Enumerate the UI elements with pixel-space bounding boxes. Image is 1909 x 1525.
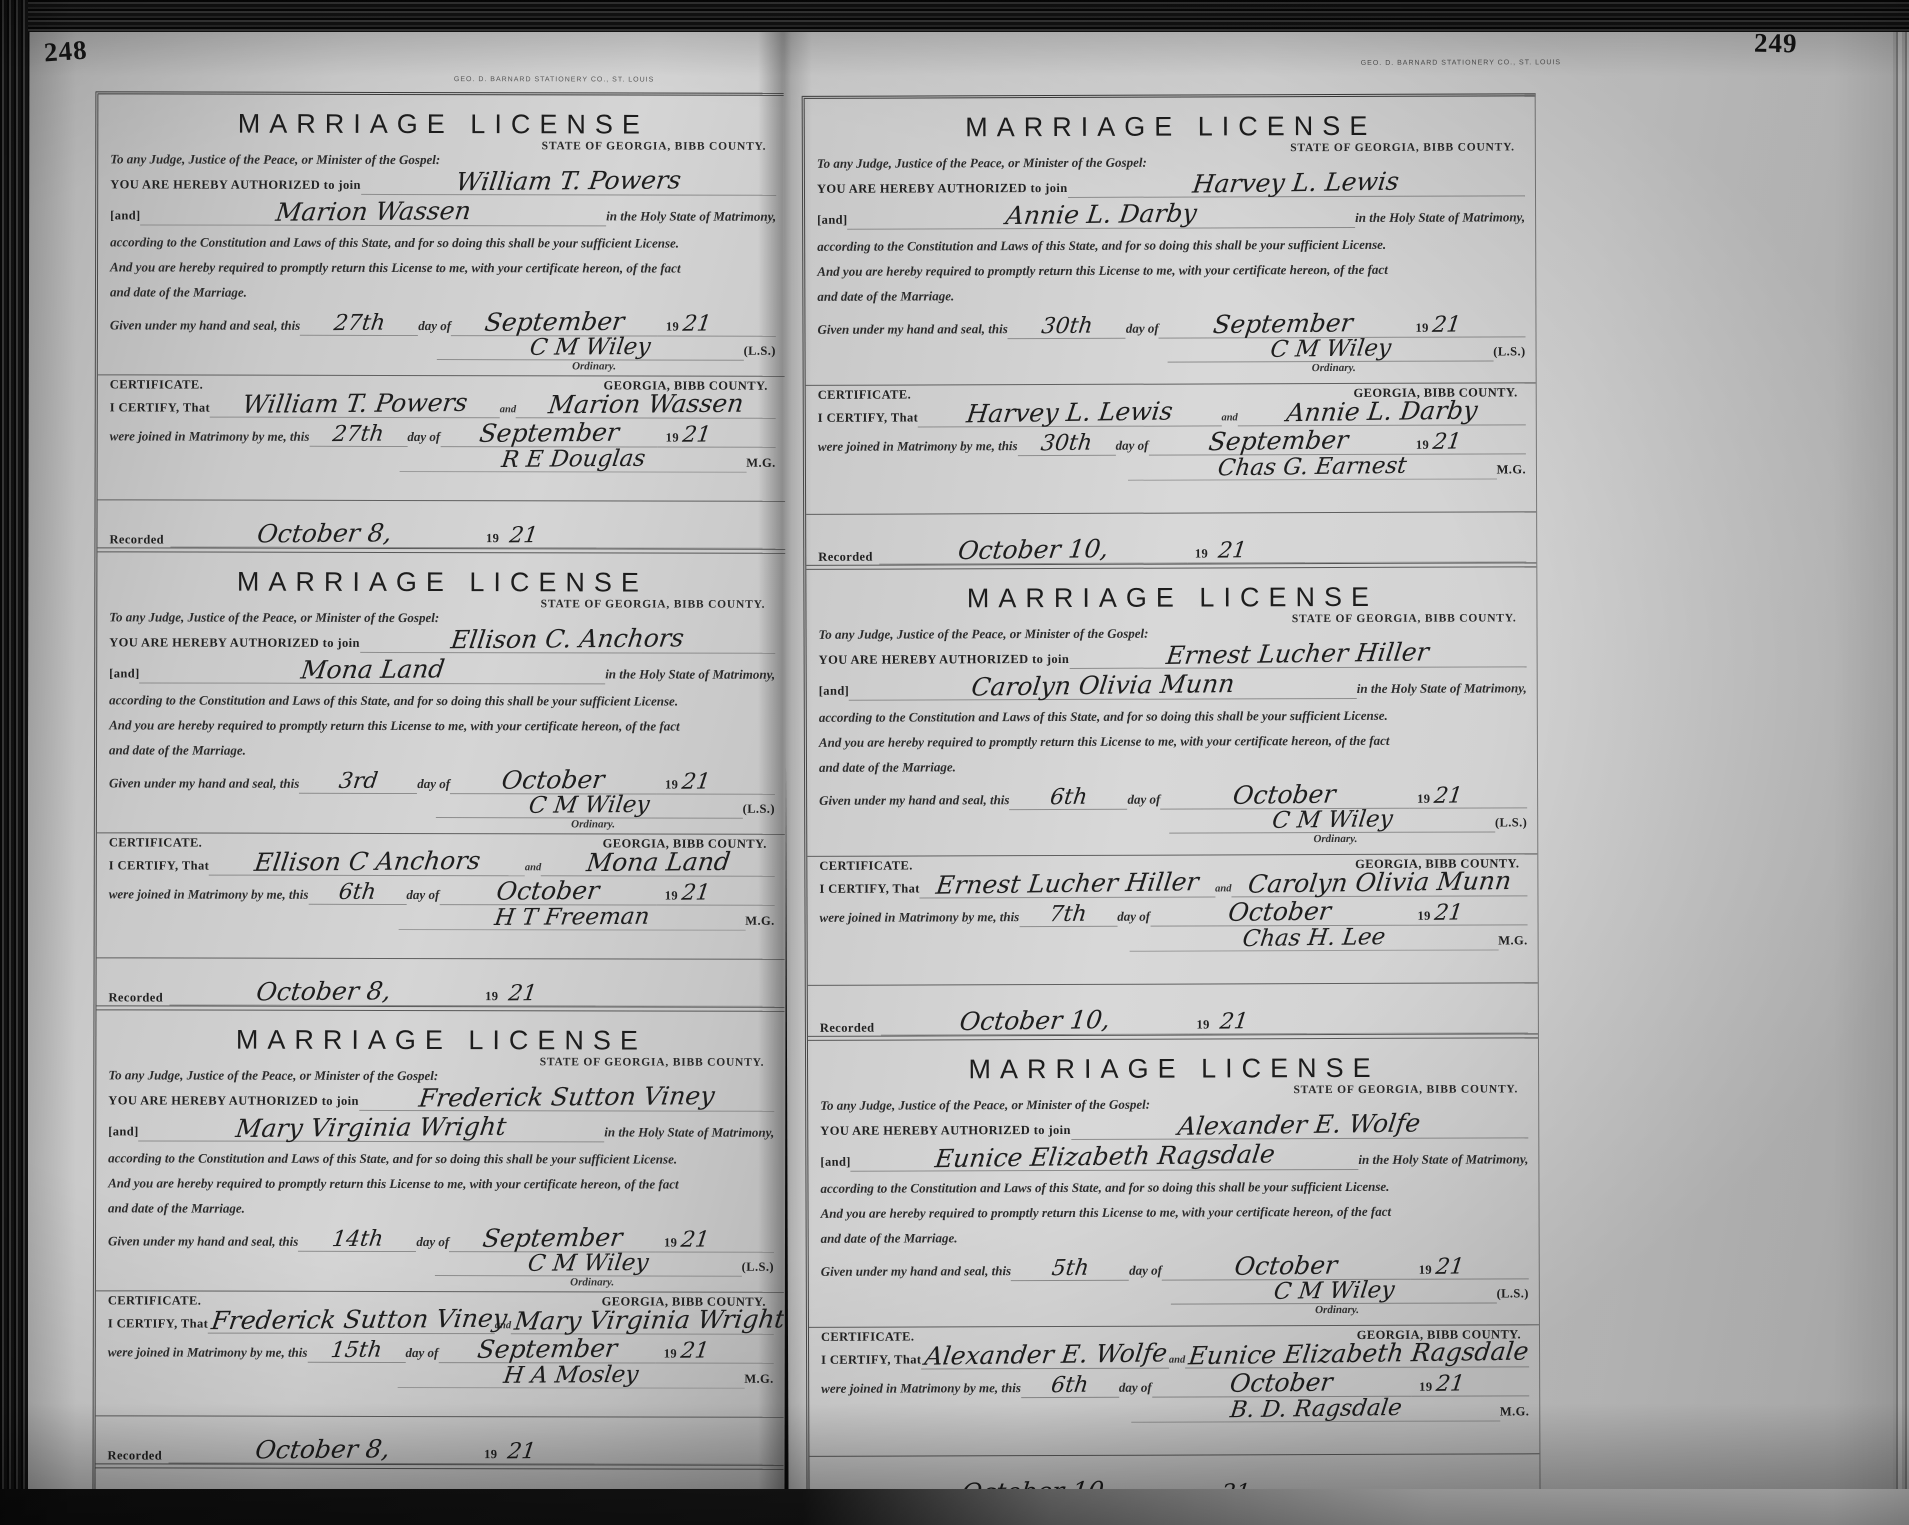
recorded-date-field: October 10, <box>880 1010 1188 1036</box>
page-number-right: 249 <box>1753 28 1797 60</box>
certificate-label: CERTIFICATE. <box>110 377 203 392</box>
minister-signature-field: Chas G. Earnest <box>1128 457 1496 480</box>
ls-label: (L.S.) <box>742 1259 774 1274</box>
given-under-row: Given under my hand and seal, this 6th d… <box>819 783 1527 810</box>
joined-row: were joined in Matrimony by me, this 15t… <box>108 1337 774 1363</box>
authorized-label: YOU ARE HEREBY AUTHORIZED to join <box>820 1123 1071 1139</box>
certificate-section: CERTIFICATE. GEORGIA, BIBB COUNTY. I CER… <box>809 1325 1539 1456</box>
license-year-handwriting: 21 <box>682 315 713 334</box>
recorded-year-field: 19 21 <box>476 1443 594 1464</box>
ls-label: (L.S.) <box>743 801 775 816</box>
constitution-line: according to the Constitution and Laws o… <box>109 692 775 709</box>
cert-bride-handwriting: Marion Wassen <box>547 393 745 416</box>
cert-bride-handwriting: Mona Land <box>585 851 731 873</box>
married-month-field: September <box>438 1338 655 1363</box>
ls-label: (L.S.) <box>1497 1286 1529 1301</box>
and-label: and <box>500 404 516 415</box>
form-sheet-left: MARRIAGE LICENSE STATE OF GEORGIA, BIBB … <box>92 91 786 1491</box>
recorded-date-field: October 8, <box>169 981 477 1007</box>
minister-signature-field: H T Freeman <box>399 908 745 931</box>
year-prefix: 19 <box>486 531 499 545</box>
joined-label: were joined in Matrimony by me, this <box>109 886 309 902</box>
groom-name-field: Ernest Lucher Hiller <box>1069 642 1526 669</box>
groom-name-handwriting: Ellison C. Anchors <box>450 627 686 650</box>
married-year-handwriting: 21 <box>1432 433 1462 452</box>
bride-name-handwriting: Mona Land <box>299 658 445 680</box>
ordinary-signature-row: C M Wiley (L.S.) <box>109 795 775 818</box>
minister-signature-handwriting: H T Freeman <box>493 908 650 929</box>
ordinary-signature-field: C M Wiley <box>437 338 743 361</box>
recorded-year-field: 19 21 <box>478 527 596 548</box>
bride-row: [and] Marion Wassen in the Holy State of… <box>110 200 776 226</box>
certify-row: I CERTIFY, That Harvey L. Lewis and Anni… <box>818 400 1526 427</box>
recorded-date-handwriting: October 10, <box>956 538 1109 561</box>
ordinary-signature-field: C M Wiley <box>436 796 742 819</box>
license-month-field: September <box>451 311 658 336</box>
married-year-handwriting: 21 <box>682 426 713 445</box>
bride-row: [and] Carolyn Olivia Munn in the Holy St… <box>819 673 1527 700</box>
license-day-field: 27th <box>300 314 418 335</box>
return-line: And you are hereby required to promptly … <box>109 717 775 734</box>
marriage-record-block: MARRIAGE LICENSE STATE OF GEORGIA, BIBB … <box>808 1038 1540 1512</box>
joined-row: were joined in Matrimony by me, this 6th… <box>821 1371 1529 1398</box>
and-bracket-label: [and] <box>108 1124 139 1139</box>
minister-signature-handwriting: H A Mosley <box>503 1366 640 1387</box>
minister-signature-handwriting: R E Douglas <box>500 450 646 471</box>
return-line: And you are hereby required to promptly … <box>819 732 1527 750</box>
certificate-section: CERTIFICATE. GEORGIA, BIBB COUNTY. I CER… <box>806 383 1536 514</box>
married-year-handwriting: 21 <box>680 1342 711 1361</box>
certificate-label: CERTIFICATE. <box>108 1293 201 1308</box>
married-day-field: 6th <box>308 884 406 905</box>
book-left-edge <box>0 0 28 1525</box>
ordinary-label: Ordinary. <box>109 817 775 830</box>
authorized-row: YOU ARE HEREBY AUTHORIZED to join Harvey… <box>817 171 1525 198</box>
i-certify-label: I CERTIFY, That <box>109 858 209 873</box>
ordinary-label: Ordinary. <box>821 1303 1529 1317</box>
authorized-row: YOU ARE HEREBY AUTHORIZED to join Alexan… <box>820 1113 1528 1140</box>
i-certify-label: I CERTIFY, That <box>818 410 918 425</box>
married-month-field: September <box>1148 430 1408 456</box>
married-day-field: 30th <box>1018 435 1116 456</box>
given-under-row: Given under my hand and seal, this 30th … <box>817 312 1525 339</box>
bride-row: [and] Annie L. Darby in the Holy State o… <box>817 202 1525 229</box>
bride-row: [and] Mary Virginia Wright in the Holy S… <box>108 1116 774 1142</box>
license-day-handwriting: 6th <box>1049 788 1088 807</box>
joined-row: were joined in Matrimony by me, this 30t… <box>818 429 1526 456</box>
married-day-handwriting: 15th <box>330 1342 384 1361</box>
cert-bride-field: Annie L. Darby <box>1238 400 1526 426</box>
license-year-handwriting: 21 <box>1432 316 1462 335</box>
and-label: and <box>1215 883 1231 894</box>
return-line: And you are hereby required to promptly … <box>817 261 1525 279</box>
cert-bride-field: Mary Virginia Wright <box>511 1309 774 1335</box>
groom-name-field: Harvey L. Lewis <box>1068 171 1525 198</box>
marriage-date-line: and date of the Marriage. <box>110 284 776 301</box>
year-prefix: 19 <box>666 431 679 445</box>
recorded-label: Recorded <box>820 1021 875 1036</box>
minister-signature-handwriting: B. D. Ragsdale <box>1229 1399 1403 1421</box>
recorded-row: Recorded October 8, 19 21 <box>96 958 784 1006</box>
groom-name-handwriting: Ernest Lucher Hiller <box>1165 641 1430 666</box>
married-year-field: 19 21 <box>658 427 776 448</box>
authorized-label: YOU ARE HEREBY AUTHORIZED to join <box>109 635 360 651</box>
license-day-handwriting: 30th <box>1040 317 1093 336</box>
license-year-field: 19 21 <box>656 1231 774 1252</box>
year-prefix: 19 <box>665 777 678 791</box>
mg-label: M.G. <box>1498 933 1527 948</box>
recorded-date-handwriting: October 8, <box>254 1438 391 1460</box>
form-sheet-right: MARRIAGE LICENSE STATE OF GEORGIA, BIBB … <box>802 93 1541 1503</box>
certify-row: I CERTIFY, That Ernest Lucher Hiller and… <box>819 871 1527 898</box>
given-under-label: Given under my hand and seal, this <box>108 1233 298 1249</box>
recorded-row: Recorded October 10, 19 21 <box>806 512 1536 565</box>
certificate-section: CERTIFICATE. GEORGIA, BIBB COUNTY. I CER… <box>807 854 1537 985</box>
marriage-record-block: MARRIAGE LICENSE STATE OF GEORGIA, BIBB … <box>97 94 786 553</box>
matrimony-label: in the Holy State of Matrimony, <box>604 1124 774 1140</box>
marriage-date-line: and date of the Marriage. <box>821 1228 1529 1246</box>
i-certify-label: I CERTIFY, That <box>110 400 210 415</box>
bride-name-field: Mona Land <box>140 658 606 684</box>
groom-name-field: Frederick Sutton Viney <box>359 1086 774 1112</box>
authorized-row: YOU ARE HEREBY AUTHORIZED to join Freder… <box>108 1085 774 1111</box>
matrimony-label: in the Holy State of Matrimony, <box>1357 680 1527 697</box>
constitution-line: according to the Constitution and Laws o… <box>819 707 1527 725</box>
certificate-label: CERTIFICATE. <box>821 1329 914 1344</box>
married-day-field: 6th <box>1021 1377 1119 1398</box>
marriage-license-title: MARRIAGE LICENSE <box>820 1053 1528 1085</box>
ordinary-label: Ordinary. <box>819 832 1527 846</box>
printer-mark: GEO. D. BARNARD STATIONERY CO., ST. LOUI… <box>1361 59 1561 67</box>
cert-bride-handwriting: Carolyn Olivia Munn <box>1247 870 1513 895</box>
given-under-label: Given under my hand and seal, this <box>110 317 300 333</box>
married-month-field: October <box>1150 901 1410 927</box>
recorded-date-handwriting: October 8, <box>255 522 392 544</box>
given-under-row: Given under my hand and seal, this 14th … <box>108 1226 774 1252</box>
bride-row: [and] Eunice Elizabeth Ragsdale in the H… <box>820 1144 1528 1171</box>
ordinary-label: Ordinary. <box>110 359 776 372</box>
joined-label: were joined in Matrimony by me, this <box>818 438 1018 455</box>
certificate-section: CERTIFICATE. GEORGIA, BIBB COUNTY. I CER… <box>96 1291 784 1416</box>
cert-bride-field: Mona Land <box>541 851 775 876</box>
joined-row: were joined in Matrimony by me, this 7th… <box>819 900 1527 927</box>
certify-row: I CERTIFY, That William T. Powers and Ma… <box>110 392 776 418</box>
authorized-label: YOU ARE HEREBY AUTHORIZED to join <box>110 177 361 193</box>
marriage-record-block: MARRIAGE LICENSE STATE OF GEORGIA, BIBB … <box>806 567 1538 1041</box>
constitution-line: according to the Constitution and Laws o… <box>108 1150 774 1167</box>
cert-bride-handwriting: Mary Virginia Wright <box>514 1308 784 1332</box>
ordinary-signature-handwriting: C M Wiley <box>1271 810 1394 831</box>
ls-label: (L.S.) <box>1493 344 1525 359</box>
cert-groom-handwriting: William T. Powers <box>241 392 469 415</box>
marriage-license-section: MARRIAGE LICENSE STATE OF GEORGIA, BIBB … <box>808 1038 1539 1327</box>
year-prefix: 19 <box>1196 1017 1209 1031</box>
marriage-date-line: and date of the Marriage. <box>819 757 1527 775</box>
day-of-label: day of <box>417 776 450 792</box>
year-prefix: 19 <box>666 319 679 333</box>
marriage-license-title: MARRIAGE LICENSE <box>108 1025 774 1056</box>
license-day-field: 6th <box>1009 788 1127 809</box>
minister-signature-handwriting: Chas H. Lee <box>1242 928 1387 950</box>
groom-name-field: William T. Powers <box>361 170 776 196</box>
salutation-line: To any Judge, Justice of the Peace, or M… <box>820 1095 1528 1113</box>
recorded-date-handwriting: October 8, <box>255 980 392 1002</box>
matrimony-label: in the Holy State of Matrimony, <box>605 666 775 682</box>
license-day-handwriting: 3rd <box>338 772 379 791</box>
groom-name-field: Alexander E. Wolfe <box>1071 1113 1528 1140</box>
married-day-handwriting: 6th <box>1050 1377 1089 1396</box>
marriage-license-section: MARRIAGE LICENSE STATE OF GEORGIA, BIBB … <box>806 567 1537 856</box>
recorded-year-handwriting: 21 <box>1219 1013 1249 1032</box>
license-year-handwriting: 21 <box>1433 787 1463 806</box>
day-of-label: day of <box>1126 320 1159 336</box>
certificate-label: CERTIFICATE. <box>818 387 911 402</box>
i-certify-label: I CERTIFY, That <box>108 1316 208 1331</box>
matrimony-label: in the Holy State of Matrimony, <box>1358 1151 1528 1168</box>
bride-name-handwriting: Carolyn Olivia Munn <box>970 673 1236 698</box>
given-under-row: Given under my hand and seal, this 5th d… <box>821 1254 1529 1281</box>
given-under-row: Given under my hand and seal, this 27th … <box>110 310 776 336</box>
license-year-field: 19 21 <box>1411 1258 1529 1279</box>
marriage-license-section: MARRIAGE LICENSE STATE OF GEORGIA, BIBB … <box>98 94 787 375</box>
married-year-handwriting: 21 <box>1434 904 1464 923</box>
recorded-row: Recorded October 10, 19 21 <box>808 983 1538 1036</box>
and-label: and <box>1169 1355 1185 1366</box>
return-line: And you are hereby required to promptly … <box>821 1203 1529 1221</box>
license-day-handwriting: 5th <box>1050 1259 1089 1278</box>
day-of-label: day of <box>416 1234 449 1250</box>
year-prefix: 19 <box>1416 438 1429 452</box>
marriage-license-title: MARRIAGE LICENSE <box>110 109 776 140</box>
married-year-field: 19 21 <box>656 1343 774 1364</box>
ls-label: (L.S.) <box>744 343 776 358</box>
day-of-label: day of <box>1119 1380 1152 1396</box>
ordinary-signature-handwriting: C M Wiley <box>529 338 652 359</box>
ordinary-signature-field: C M Wiley <box>1169 810 1495 833</box>
authorized-row: YOU ARE HEREBY AUTHORIZED to join Elliso… <box>109 627 775 653</box>
year-prefix: 19 <box>1415 320 1428 334</box>
mg-label: M.G. <box>746 456 775 471</box>
joined-label: were joined in Matrimony by me, this <box>110 428 310 444</box>
book-bottom-edge <box>0 1489 1909 1525</box>
year-prefix: 19 <box>1417 791 1430 805</box>
recorded-date-field: October 8, <box>168 1439 476 1465</box>
license-day-field: 5th <box>1011 1259 1129 1280</box>
certify-row: I CERTIFY, That Alexander E. Wolfe and E… <box>821 1342 1529 1369</box>
and-bracket-label: [and] <box>817 212 848 227</box>
license-year-handwriting: 21 <box>681 773 712 792</box>
day-of-label: day of <box>407 429 440 445</box>
license-day-field: 3rd <box>299 772 417 793</box>
license-year-field: 19 21 <box>1407 316 1525 337</box>
ordinary-signature-row: C M Wiley (L.S.) <box>821 1281 1529 1305</box>
married-day-handwriting: 30th <box>1040 435 1093 454</box>
license-month-handwriting: October <box>1232 783 1337 806</box>
ordinary-signature-field: C M Wiley <box>1171 1281 1497 1304</box>
cert-groom-handwriting: Alexander E. Wolfe <box>924 1342 1169 1367</box>
given-under-row: Given under my hand and seal, this 3rd d… <box>109 768 775 794</box>
day-of-label: day of <box>1127 791 1160 807</box>
recorded-label: Recorded <box>108 990 163 1005</box>
license-day-field: 14th <box>298 1230 416 1251</box>
license-month-field: September <box>1159 312 1408 338</box>
minister-signature-row: Chas G. Earnest M.G. <box>818 457 1526 481</box>
ordinary-signature-row: C M Wiley (L.S.) <box>818 339 1526 363</box>
authorized-row: YOU ARE HEREBY AUTHORIZED to join Willia… <box>110 169 776 195</box>
recorded-label: Recorded <box>109 532 164 547</box>
ordinary-signature-handwriting: C M Wiley <box>1269 339 1392 360</box>
license-month-handwriting: September <box>1212 312 1354 335</box>
day-of-label: day of <box>1117 909 1150 925</box>
given-under-label: Given under my hand and seal, this <box>817 321 1007 338</box>
married-year-handwriting: 21 <box>681 884 712 903</box>
certify-row: I CERTIFY, That Frederick Sutton Viney a… <box>108 1308 774 1334</box>
ordinary-signature-field: C M Wiley <box>435 1254 741 1277</box>
license-month-handwriting: October <box>1234 1254 1339 1277</box>
marriage-license-title: MARRIAGE LICENSE <box>817 111 1525 143</box>
authorized-label: YOU ARE HEREBY AUTHORIZED to join <box>817 181 1068 197</box>
groom-name-handwriting: Harvey L. Lewis <box>1192 170 1401 194</box>
bride-name-field: Annie L. Darby <box>848 203 1356 230</box>
i-certify-label: I CERTIFY, That <box>819 881 919 896</box>
minister-signature-field: B. D. Ragsdale <box>1132 1399 1500 1422</box>
certificate-section: CERTIFICATE. GEORGIA, BIBB COUNTY. I CER… <box>98 375 786 500</box>
married-day-field: 27th <box>309 426 407 447</box>
year-prefix: 19 <box>485 989 498 1003</box>
cert-bride-field: Carolyn Olivia Munn <box>1231 871 1527 897</box>
recorded-year-handwriting: 21 <box>506 1443 537 1462</box>
joined-label: were joined in Matrimony by me, this <box>821 1380 1021 1397</box>
groom-name-handwriting: William T. Powers <box>455 169 683 192</box>
mg-label: M.G. <box>1500 1404 1529 1419</box>
married-year-handwriting: 21 <box>1435 1375 1465 1394</box>
cert-groom-field: Ernest Lucher Hiller <box>920 872 1215 898</box>
ordinary-signature-row: C M Wiley (L.S.) <box>108 1253 774 1276</box>
recorded-year-field: 19 21 <box>477 985 595 1006</box>
cert-groom-field: Frederick Sutton Viney <box>208 1309 495 1335</box>
joined-row: were joined in Matrimony by me, this 6th… <box>109 879 775 905</box>
ordinary-label: Ordinary. <box>818 361 1526 375</box>
minister-signature-row: H A Mosley M.G. <box>108 1365 774 1388</box>
minister-signature-row: H T Freeman M.G. <box>109 907 775 930</box>
bride-name-field: Eunice Elizabeth Ragsdale <box>851 1145 1359 1172</box>
given-under-label: Given under my hand and seal, this <box>109 775 299 791</box>
groom-name-handwriting: Frederick Sutton Viney <box>417 1085 715 1109</box>
and-bracket-label: [and] <box>109 666 140 681</box>
ordinary-signature-handwriting: C M Wiley <box>1272 1281 1395 1302</box>
license-year-field: 19 21 <box>658 315 776 336</box>
bride-name-handwriting: Annie L. Darby <box>1005 202 1198 226</box>
year-prefix: 19 <box>664 1235 677 1249</box>
and-bracket-label: [and] <box>820 1154 851 1169</box>
register-page-left: GEO. D. BARNARD STATIONERY CO., ST. LOUI… <box>26 29 787 1493</box>
ordinary-signature-row: C M Wiley (L.S.) <box>110 337 776 360</box>
matrimony-label: in the Holy State of Matrimony, <box>606 208 776 224</box>
married-day-handwriting: 7th <box>1049 906 1088 925</box>
constitution-line: according to the Constitution and Laws o… <box>820 1178 1528 1196</box>
recorded-date-field: October 10, <box>879 539 1187 565</box>
certificate-label: CERTIFICATE. <box>819 858 912 873</box>
certificate-label: CERTIFICATE. <box>109 835 202 850</box>
year-prefix: 19 <box>1419 1380 1432 1394</box>
minister-signature-row: R E Douglas M.G. <box>110 449 776 472</box>
ordinary-signature-handwriting: C M Wiley <box>528 796 651 817</box>
license-year-handwriting: 21 <box>1435 1258 1465 1277</box>
married-year-field: 19 21 <box>1409 904 1527 925</box>
and-label: and <box>525 862 541 873</box>
day-of-label: day of <box>406 887 439 903</box>
cert-bride-field: Marion Wassen <box>516 393 776 419</box>
bride-name-field: Mary Virginia Wright <box>139 1116 605 1142</box>
return-line: And you are hereby required to promptly … <box>110 259 776 276</box>
cert-groom-field: William T. Powers <box>210 393 500 419</box>
recorded-year-field: 19 21 <box>1187 542 1305 563</box>
license-month-field: October <box>450 769 657 794</box>
minister-signature-handwriting: Chas G. Earnest <box>1217 457 1408 479</box>
salutation-line: To any Judge, Justice of the Peace, or M… <box>817 153 1525 171</box>
marriage-license-title: MARRIAGE LICENSE <box>109 567 775 598</box>
married-year-field: 19 21 <box>657 885 775 906</box>
cert-groom-field: Harvey L. Lewis <box>918 401 1221 427</box>
married-month-handwriting: September <box>478 422 620 444</box>
married-day-handwriting: 27th <box>332 426 386 445</box>
matrimony-label: in the Holy State of Matrimony, <box>1355 209 1525 226</box>
given-under-label: Given under my hand and seal, this <box>821 1263 1011 1280</box>
minister-signature-field: H A Mosley <box>398 1366 744 1389</box>
married-day-field: 15th <box>307 1342 405 1363</box>
printer-mark: GEO. D. BARNARD STATIONERY CO., ST. LOUI… <box>454 76 654 83</box>
marriage-license-title: MARRIAGE LICENSE <box>818 582 1526 614</box>
married-day-handwriting: 6th <box>338 884 378 903</box>
married-month-handwriting: October <box>1227 900 1332 923</box>
bride-name-handwriting: Marion Wassen <box>275 200 473 223</box>
groom-name-field: Ellison C. Anchors <box>360 628 775 654</box>
and-label: and <box>1221 412 1237 423</box>
married-month-field: October <box>439 880 656 905</box>
recorded-year-handwriting: 21 <box>507 985 538 1004</box>
married-month-handwriting: October <box>1229 1371 1334 1394</box>
and-bracket-label: [and] <box>110 208 141 223</box>
married-month-handwriting: September <box>1207 429 1349 452</box>
minister-signature-field: Chas H. Lee <box>1130 928 1498 951</box>
license-day-handwriting: 14th <box>331 1230 385 1249</box>
and-bracket-label: [and] <box>819 683 850 698</box>
married-year-field: 19 21 <box>1411 1375 1529 1396</box>
recorded-year-field: 19 21 <box>1188 1013 1306 1034</box>
license-month-handwriting: September <box>483 310 625 332</box>
cert-groom-field: Ellison C Anchors <box>209 851 525 877</box>
authorized-row: YOU ARE HEREBY AUTHORIZED to join Ernest… <box>819 642 1527 669</box>
bride-name-field: Carolyn Olivia Munn <box>849 674 1357 701</box>
marriage-license-section: MARRIAGE LICENSE STATE OF GEORGIA, BIBB … <box>97 552 786 833</box>
marriage-license-section: MARRIAGE LICENSE STATE OF GEORGIA, BIBB … <box>96 1010 785 1291</box>
marriage-record-block: MARRIAGE LICENSE STATE OF GEORGIA, BIBB … <box>805 96 1537 570</box>
license-year-field: 19 21 <box>657 773 775 794</box>
recorded-year-handwriting: 21 <box>1217 542 1247 561</box>
bride-name-handwriting: Eunice Elizabeth Ragsdale <box>933 1143 1275 1169</box>
cert-groom-handwriting: Frederick Sutton Viney <box>211 1308 509 1332</box>
bride-row: [and] Mona Land in the Holy State of Mat… <box>109 658 775 684</box>
joined-label: were joined in Matrimony by me, this <box>819 909 1019 926</box>
license-month-handwriting: September <box>481 1226 623 1248</box>
minister-signature-row: Chas H. Lee M.G. <box>820 928 1528 952</box>
married-month-field: October <box>1152 1372 1412 1398</box>
return-line: And you are hereby required to promptly … <box>108 1175 774 1192</box>
i-certify-label: I CERTIFY, That <box>821 1352 921 1367</box>
page-number-left: 248 <box>43 35 89 69</box>
cert-groom-handwriting: Ernest Lucher Hiller <box>935 871 1200 896</box>
marriage-date-line: and date of the Marriage. <box>108 1200 774 1217</box>
